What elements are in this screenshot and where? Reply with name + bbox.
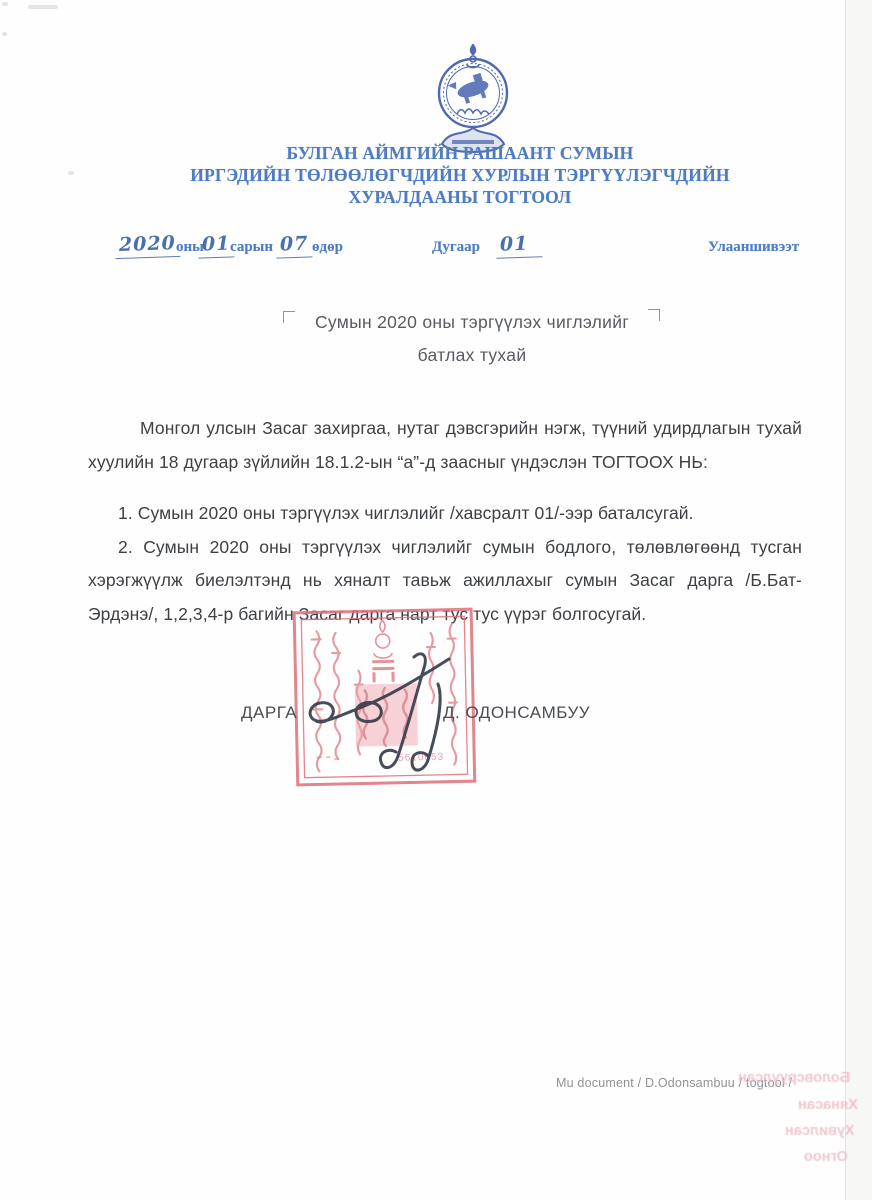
org-name-line1: БУЛГАН АЙМГИЙН РАШААНТ СУМЫН <box>60 142 860 164</box>
signer-name: Д. ОДОНСАМБУУ <box>443 703 590 723</box>
date-line: 2020 оны 01 сарын 07 өдөр Дугаар 01 Улаа… <box>0 233 872 263</box>
title-line1: Сумын 2020 оны тэргүүлэх чиглэлийг <box>172 306 772 339</box>
scan-speck <box>2 2 8 6</box>
document-type-line: ХУРАЛДААНЫ ТОГТООЛ <box>60 186 860 208</box>
number-label: Дугаар <box>432 239 480 256</box>
place-name: Улааншивээт <box>708 239 799 256</box>
month-label: сарын <box>230 239 273 256</box>
bleedthrough-text: Хувилсан <box>785 1123 854 1139</box>
scan-speck <box>2 32 7 36</box>
mongolian-state-emblem-icon <box>428 44 518 156</box>
signature-ink <box>290 600 490 800</box>
preamble-paragraph: Монгол улсын Засаг захиргаа, нутаг дэвсг… <box>88 412 802 479</box>
bleedthrough-text: Боловсруулсан <box>738 1070 850 1086</box>
document-title: Сумын 2020 оны тэргүүлэх чиглэлийг батла… <box>172 306 772 372</box>
scan-speck <box>28 5 58 9</box>
scanned-document-page: БУЛГАН АЙМГИЙН РАШААНТ СУМЫН ИРГЭДИЙН ТӨ… <box>0 0 872 1200</box>
number-handwritten: 01 <box>496 232 543 259</box>
org-name-line2: ИРГЭДИЙН ТӨЛӨӨЛӨГЧДИЙН ХУРЛЫН ТЭРГҮҮЛЭГЧ… <box>60 164 860 186</box>
bleedthrough-text: Огноо <box>804 1149 848 1165</box>
signer-role-label: ДАРГА <box>241 703 297 723</box>
day-handwritten: 07 <box>276 232 313 258</box>
bleedthrough-text: Хянасан <box>798 1097 858 1113</box>
title-line2: батлах тухай <box>172 339 772 372</box>
resolution-item-1: 1. Сумын 2020 оны тэргүүлэх чиглэлийг /х… <box>88 497 802 531</box>
year-handwritten: 2020 <box>115 232 181 259</box>
document-header: БУЛГАН АЙМГИЙН РАШААНТ СУМЫН ИРГЭДИЙН ТӨ… <box>60 142 860 208</box>
day-label: өдөр <box>312 239 343 256</box>
